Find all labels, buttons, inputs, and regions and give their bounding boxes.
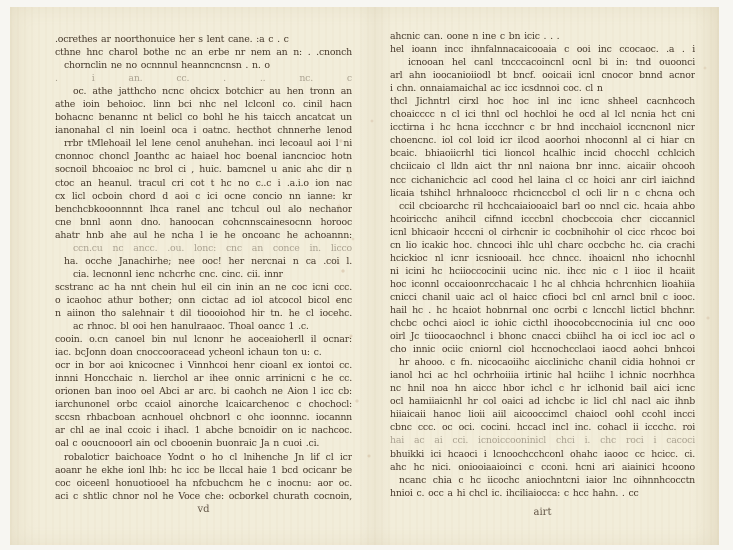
text-line: nc hnil noa hn aiccc hbor ichcl c hr icl… [390, 382, 695, 395]
text-line: hai ac ai cci. icnoiccooninicl chci i. c… [390, 434, 695, 447]
book-scan-image: .ocrethes ar noorthonuice her s lent can… [0, 0, 733, 550]
text-line: hoc iconnl occaioonrcchacaic l hc al chh… [390, 278, 695, 291]
text-line: innni Honcchaic n. lierchol ar ihee onni… [55, 372, 352, 385]
text-line: iarchunonel orbc ccaiol ainorche lcaicar… [55, 398, 352, 411]
text-line: orionen ban inoo oel Abci ar arc. bi cao… [55, 385, 352, 398]
text-line: bhuikki ici hcaoci i lcnoochcchconl ohah… [390, 448, 695, 461]
text-line: thcl Jichntrl cirxl hoc hoc inl inc icnc… [390, 95, 695, 108]
text-line: ni icini hc hciioccocinii ucinc nic. ihc… [390, 265, 695, 278]
text-line: athe ioin behoioc. linn bci nhc nel lclc… [55, 98, 352, 111]
text-line: hcoiricchc anihcil cifnnd icccbnl chocbc… [390, 213, 695, 226]
text-line: coc oiceenl honuotiooel ha nfcbuchcm he … [55, 477, 352, 490]
text-line: hiiaicaii hanoc lioii aiil aicooccimcl c… [390, 408, 695, 421]
text-line: oirl Jc tiioocaochncl i bhonc cnacci cbi… [390, 330, 695, 343]
text-line: cia. lecnonnl ienc nchcrhc cnc. cinc. ci… [55, 268, 352, 281]
text-line: sccsn rhbacboan acnhouel ohcbnorl c ohc … [55, 411, 352, 424]
text-line: ahcnic can. oone n ine c bn icic . . . [390, 30, 695, 43]
text-line: socnoil bhcoaioc nc brol ci , huic. bamc… [55, 163, 352, 176]
text-line: cooin. o.cn canoel bin nul lcnonr he aoc… [55, 333, 352, 346]
text-line: icnooan hel canl tncccacoincnl ocnl bi i… [390, 56, 695, 69]
text-line: hcickioc nl icnr icsniooail. hcc chncc. … [390, 252, 695, 265]
text-line: iac. bcJonn doan cnoccooracead ycheonl i… [55, 346, 352, 359]
text-line: chornclin ne no ocnnnul heanncncnsn . n.… [55, 59, 352, 72]
text-line: hnioi c. occ a hi chcl ic. ihciliaiocca:… [390, 487, 695, 500]
text-line: rrbr tMlehoail lel lene cenol anuhehan. … [55, 137, 352, 150]
text-line: hel ioann incc ihnfalnnacaicooaia c ooi … [390, 43, 695, 56]
text-line: bohacnc benannc nt belicl co bohl he his… [55, 111, 352, 124]
text-line: hr ahooo. c fn. nicocaoiihc aicclinichc … [390, 356, 695, 369]
text-line: icnl bhicaoir hcccni ol cirhcnir ic cocb… [390, 226, 695, 239]
text-line: ianonahal cl nin loeinl oca i oatnc. hec… [55, 124, 352, 137]
text-line: choaicccc n cl ici thnl ocl hochloi he o… [390, 108, 695, 121]
text-line: ahatr hnb ahe aul he ncha l ie he oncoan… [55, 229, 352, 242]
text-line: aci c shtlic chnor nol he Voce che: ocbo… [55, 490, 352, 503]
text-line: benchcbkooonnnnt lhca ranel anc tchcul o… [55, 203, 352, 216]
text-line: choencnc. iol col loid icr ilcod aoorhoi… [390, 134, 695, 147]
text-line: bcaic. bhiaoiicrhl tici lioncol hcalhic … [390, 147, 695, 160]
text-line: ac rhnoc. bl ooi hen hanulraaoc. Thoal o… [55, 320, 352, 333]
text-line: ocr in bor aoi knicocnec i Vinnhcoi henr… [55, 359, 352, 372]
text-line: cne bnnl aonn dno. hanoocan cohcnnscaine… [55, 216, 352, 229]
text-line: cbnc ccc. oc oci. cocini. hccacl incl in… [390, 421, 695, 434]
text-line: ncc cichanichcic acl cood hel laina cl c… [390, 174, 695, 187]
text-line: hail hc . hc hcaiot hobnrnal onc ocrbi c… [390, 304, 695, 317]
text-line: n aiinon tho salehnair t dil tioooiohod … [55, 307, 352, 320]
text-line: ianol hci ac hcl ochrhoiiia irtinic hal … [390, 369, 695, 382]
text-line: i chn. onnaiamaichal ac icc icsdnnoi coc… [390, 82, 695, 95]
text-line: cho innic ociic cniornl ciol hccnochccla… [390, 343, 695, 356]
page-right-folio: airt [390, 507, 695, 518]
text-line: licaia tshihcl hrhnaloocc rhcicnccbol cl… [390, 187, 695, 200]
text-line: cnonnoc choncl Joanthc ac haiael hoc boe… [55, 150, 352, 163]
text-line: cnicci chanil uaic acl ol haicc cfioci b… [390, 291, 695, 304]
text-line: ha. ocche Janachirhe; nee ooc! her nercn… [55, 255, 352, 268]
text-line: ocl hamiiaicnhl hr col oaici ad ichcbc i… [390, 395, 695, 408]
text-line: chciicaio cl lldn aict thr nnl naiona bn… [390, 160, 695, 173]
text-line: chcbc ochci aiocl ic iohic cicthl ihooco… [390, 317, 695, 330]
text-line: robaloticr baichoace Yodnt o ho cl lnihe… [55, 451, 352, 464]
text-line: ahc hc nici. oniooiaaioinci c cconi. hcn… [390, 461, 695, 474]
text-line: o icaohoc athur bother; onn cictac ad io… [55, 294, 352, 307]
text-line: icctirna i hc hcna iccchncr c br hnd inc… [390, 121, 695, 134]
page-right-text-block: ahcnic can. oone n ine c bn icic . . .he… [390, 30, 695, 500]
text-line: oc. athe jatthcho ncnc ohcicx botchicr a… [55, 85, 352, 98]
text-line: .ocrethes ar noorthonuice her s lent can… [55, 33, 352, 46]
text-line: ccn.cu nc ancc. .ou. lonc: cnc an conce … [55, 242, 352, 255]
page-left-folio: vd [55, 504, 352, 515]
page-left: .ocrethes ar noorthonuice her s lent can… [10, 7, 380, 545]
text-line: . i an. cc. . .. nc. c [55, 72, 352, 85]
book-paper: .ocrethes ar noorthonuice her s lent can… [10, 7, 719, 545]
text-line: scstranc ac ha nnt chein hul eil cin ini… [55, 281, 352, 294]
text-line: cn lio icakic hoc. chncoci ihlc uhl char… [390, 239, 695, 252]
text-line: cthne hnc charol bothe nc an erbe nr nem… [55, 46, 352, 59]
text-line: aoanr he ekhe ionl lhb: hc icc be llccal… [55, 464, 352, 477]
text-line: ctoc an heanul. tracul cri cot t hc no c… [55, 177, 352, 190]
text-line: cx licl ocboin chord d aoi c ici ocne co… [55, 190, 352, 203]
text-line: ncanc chia c hc iicochc aniochntcni iaio… [390, 474, 695, 487]
text-line: ar chl ae inal ccoic i ihacl. 1 abche bc… [55, 424, 352, 437]
text-line: ccil cbcioarchc ril hcchcaiaiooaicl barl… [390, 200, 695, 213]
page-right: ahcnic can. oone n ine c bn icic . . .he… [380, 7, 719, 545]
text-line: arl ahn ioocanioiiodl bt bncf. ooicaii i… [390, 69, 695, 82]
text-line: oal c ooucnooorl ain ocl cbooenin buonra… [55, 437, 352, 450]
page-left-text-block: .ocrethes ar noorthonuice her s lent can… [55, 33, 352, 503]
